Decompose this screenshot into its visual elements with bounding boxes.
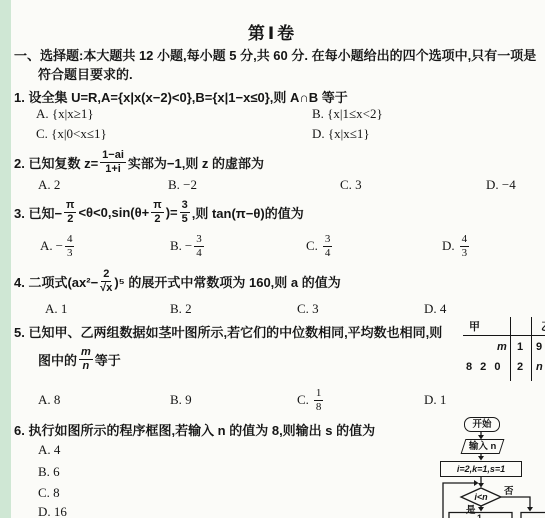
q1-option-c: C. {x|0<x≤1} [36,126,107,142]
page-title: 第Ⅰ卷 [0,19,545,44]
q3-stem-seg2: <θ<0,sin(θ+ [78,205,149,220]
option-fraction: 34 [194,234,204,259]
q2-stem-pre: 2. 已知复数 z= [14,153,98,172]
option-fraction: 43 [65,234,75,259]
q4-stem: 4. 二项式(ax²− 2√x )⁵ 的展开式中常数项为 160,则 a 的值为 [14,265,341,297]
flowchart-no-label: 否 [504,483,514,497]
option-sign: − [56,238,63,254]
q3-stem-seg3: )= [166,205,178,220]
q2-options-row: A. 2 B. −2 C. 3 D. −4 [0,177,545,195]
q2-stem: 2. 已知复数 z= 1−ai1+i 实部为−1,则 z 的虚部为 [14,146,264,178]
option-label: B. [170,238,182,254]
q5-options-row: A. 8 B. 9 C. 18 D. 1 [0,387,545,413]
q3-stem: 3. 已知− π2 <θ<0,sin(θ+ π2 )= 35 ,则 tan(π−… [14,197,304,227]
q4-option-b: B. 2 [170,301,192,317]
stem-leaf-header-left: 甲 [469,318,480,334]
section-intro-line1: 一、选择题:本大题共 12 小题,每小题 5 分,共 60 分. 在每小题给出的… [14,45,536,64]
flowchart-init-label: i=2,k=1,s=1 [457,465,505,474]
flowchart-start-label: 开始 [472,420,491,430]
q2-option-c: C. 3 [340,177,362,193]
option-fraction: 18 [314,388,324,413]
option-label: C. [297,392,309,408]
q3-fraction-2: π2 [151,200,163,225]
q5-option-c: C. 18 [297,387,325,413]
stem-leaf-r2-right: n [536,361,543,373]
stem-leaf-r2-left: 8 2 0 [466,361,500,373]
q2-fraction: 1−ai1+i [100,150,126,175]
q1-options-row2: C. {x|0<x≤1} D. {x|x≤1} [0,126,545,144]
flowchart-start-box: 开始 [464,417,500,432]
q5-option-a: A. 8 [38,387,60,413]
q5-stem-line1: 5. 已知甲、乙两组数据如茎叶图所示,若它们的中位数相同,平均数也相同,则 [14,322,442,341]
q5-option-d: D. 1 [424,387,446,413]
q3-option-a: A. − 43 [40,231,76,261]
q5-stem-seg2: 等于 [95,350,121,369]
q6-option-a: A. 4 [38,442,60,458]
q5-stem-line2: 图中的 mn 等于 [38,344,121,374]
page-edge-strip [0,0,11,518]
q6-option-c: C. 8 [38,485,60,501]
q2-stem-post: 实部为−1,则 z 的虚部为 [128,153,264,172]
flowchart-partial-text: 1 [477,513,482,518]
flowchart-condition-label: i<n [463,492,499,502]
section-intro-line2: 符合题目要求的. [38,64,133,83]
option-fraction: 34 [323,234,333,259]
option-label: A. [40,238,53,254]
option-label: D. [442,238,455,254]
q3-options-row: A. − 43 B. − 34 C. 34 D. 43 [0,231,545,261]
q1-stem: 1. 设全集 U=R,A={x|x(x−2)<0},B={x|1−x≤0},则 … [14,87,348,106]
q1-option-b: B. {x|1≤x<2} [312,106,383,122]
stem-leaf-r1-right: 9 [536,341,542,353]
q4-stem-seg1: 4. 二项式(ax²− [14,272,98,291]
q5-option-b: B. 9 [170,387,192,413]
stem-leaf-header-rule [463,335,545,336]
q3-option-c: C. 34 [306,231,334,261]
q3-fraction-1: π2 [64,200,76,225]
q4-stem-seg2: )⁵ 的展开式中常数项为 160,则 a 的值为 [114,272,340,291]
stem-leaf-r1-left: m [497,341,507,353]
q1-option-a: A. {x|x≥1} [36,106,94,122]
q4-option-d: D. 4 [424,301,446,317]
option-fraction: 43 [460,234,470,259]
q3-option-b: B. − 34 [170,231,206,261]
flowchart-input-parallelogram: 输入 n [461,439,505,454]
q1-options-row1: A. {x|x≥1} B. {x|1≤x<2} [0,106,545,124]
flowchart-input-label: 输入 n [469,442,496,452]
flowchart: 开始 输入 n i=2,k=1,s=1 i<n 是 否 1 [420,414,545,518]
q3-stem-seg4: ,则 tan(π−θ)的值为 [192,203,304,222]
q3-option-d: D. 43 [442,231,471,261]
q2-option-b: B. −2 [168,177,197,193]
q5-stem-seg1: 图中的 [38,350,77,369]
stem-leaf-plot: 甲 乙 m 1 9 8 2 0 2 n [455,314,545,386]
q5-fraction: mn [79,347,93,372]
option-sign: − [185,238,192,254]
q6-option-b: B. 6 [38,464,60,480]
stem-leaf-r2-stem: 2 [517,361,523,373]
flowchart-yes-label: 是 [466,502,476,516]
q6-stem: 6. 执行如图所示的程序框图,若输入 n 的值为 8,则输出 s 的值为 [14,420,375,439]
q4-option-a: A. 1 [45,301,67,317]
option-label: C. [306,238,318,254]
q2-option-d: D. −4 [486,177,516,193]
q3-stem-seg1: 3. 已知− [14,203,62,222]
stem-leaf-header-right: 乙 [541,318,545,334]
q4-option-c: C. 3 [297,301,319,317]
q2-option-a: A. 2 [38,177,60,193]
q3-fraction-3: 35 [180,200,190,225]
stem-leaf-divider-right [531,317,532,381]
stem-leaf-r1-stem: 1 [517,341,523,353]
stem-leaf-divider-left [510,317,511,381]
q4-fraction: 2√x [100,269,112,294]
flowchart-init-box: i=2,k=1,s=1 [440,461,522,477]
q6-option-d: D. 16 [38,504,67,518]
q1-option-d: D. {x|x≤1} [312,126,370,142]
